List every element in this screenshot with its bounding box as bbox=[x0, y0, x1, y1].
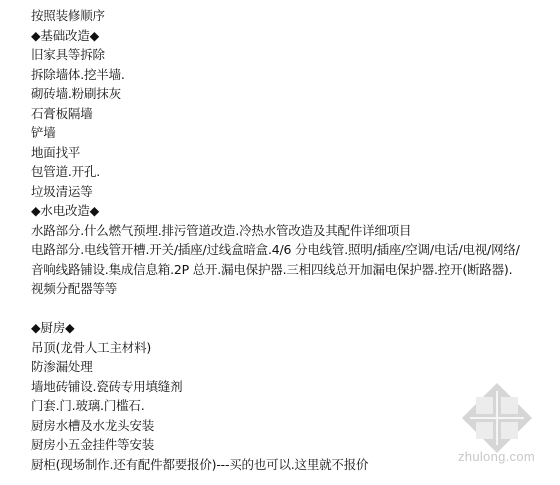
section-heading-basic-renovation: ◆基础改造◆ bbox=[31, 26, 556, 46]
list-item: 铲墙 bbox=[31, 123, 556, 143]
list-item: 吊顶(龙骨人工主材料) bbox=[31, 338, 556, 358]
list-item: 水路部分.什么燃气预埋.排污管道改造.冷热水管改造及其配件详细项目 bbox=[31, 221, 556, 241]
list-item: 包管道.开孔. bbox=[31, 162, 556, 182]
watermark-text: zhulong.com bbox=[458, 449, 535, 464]
section-heading-kitchen: ◆厨房◆ bbox=[31, 318, 556, 338]
doc-title: 按照装修顺序 bbox=[31, 6, 556, 26]
list-item: 拆除墙体.挖半墙. bbox=[31, 65, 556, 85]
list-item: 砌砖墙.粉刷抹灰 bbox=[31, 84, 556, 104]
list-item: 地面找平 bbox=[31, 143, 556, 163]
blank-line bbox=[31, 299, 556, 319]
list-item: 石膏板隔墙 bbox=[31, 104, 556, 124]
list-item: 音响线路铺设.集成信息箱.2P 总开.漏电保护器.三相四线总开加漏电保护器.控开… bbox=[31, 260, 556, 280]
section-heading-plumbing-electrical: ◆水电改造◆ bbox=[31, 201, 556, 221]
list-item: 旧家具等拆除 bbox=[31, 45, 556, 65]
list-item: 防渗漏处理 bbox=[31, 357, 556, 377]
zhulong-logo-icon bbox=[462, 383, 532, 453]
list-item: 垃圾清运等 bbox=[31, 182, 556, 202]
list-item: 电路部分.电线管开槽.开关/插座/过线盒暗盒.4/6 分电线管.照明/插座/空调… bbox=[31, 240, 556, 260]
list-item: 视频分配器等等 bbox=[31, 279, 556, 299]
